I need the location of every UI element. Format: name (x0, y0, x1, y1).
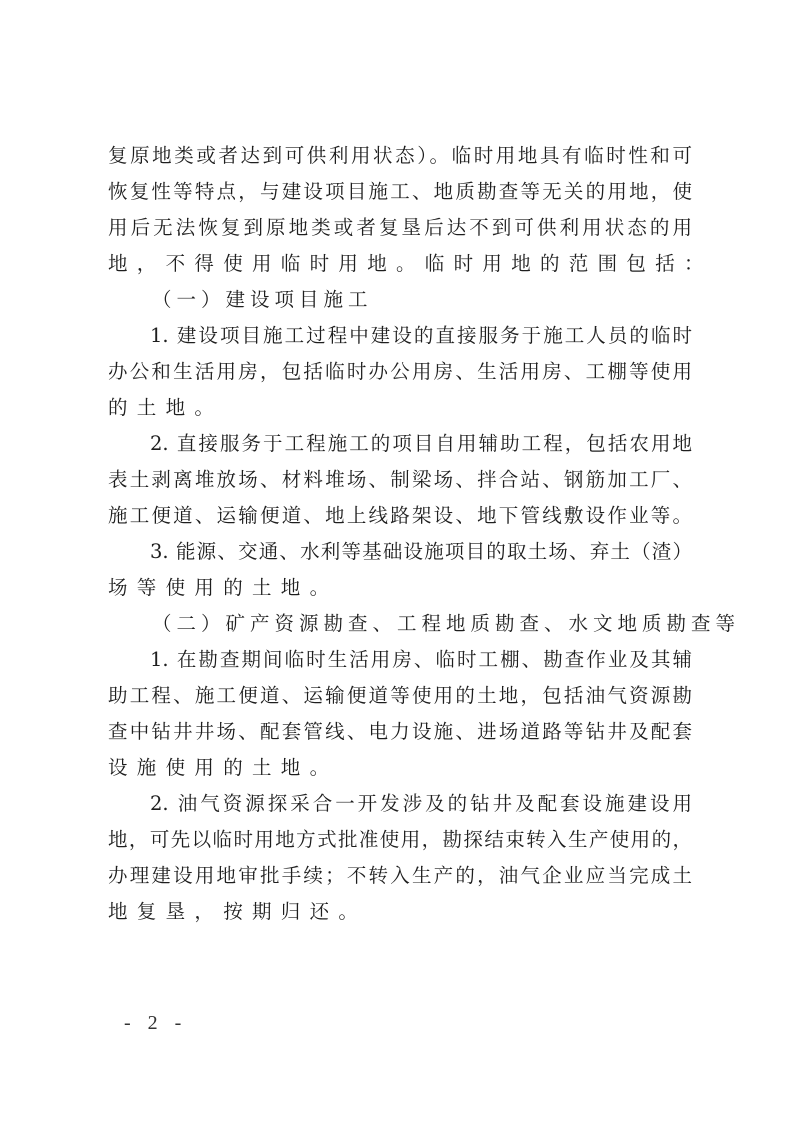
paragraph-line: 地，可先以临时用地方式批准使用，勘探结束转入生产使用的， (108, 822, 692, 858)
paragraph-line: 场等使用的土地。 (108, 570, 692, 606)
paragraph-line: 地复垦，按期归还。 (108, 894, 692, 930)
list-item-line: 1. 建设项目施工过程中建设的直接服务于施工人员的临时 (150, 318, 692, 354)
paragraph-line: 表土剥离堆放场、材料堆场、制梁场、拌合站、钢筋加工厂、 (108, 462, 692, 498)
list-item-line: 3. 能源、交通、水利等基础设施项目的取土场、弃土（渣） (150, 534, 692, 570)
paragraph-line: 复原地类或者达到可供利用状态）。临时用地具有临时性和可 (108, 138, 692, 174)
paragraph-line: 地，不得使用临时用地。临时用地的范围包括： (108, 246, 692, 282)
list-item-line: 2. 直接服务于工程施工的项目自用辅助工程，包括农用地 (150, 426, 692, 462)
paragraph-line: 设施使用的土地。 (108, 750, 692, 786)
paragraph-line: 办公和生活用房，包括临时办公用房、生活用房、工棚等使用 (108, 354, 692, 390)
page-number: - 2 - (124, 1012, 187, 1035)
list-item-line: 1. 在勘查期间临时生活用房、临时工棚、勘查作业及其辅 (150, 642, 692, 678)
section-heading-1: （一）建设项目施工 (152, 282, 692, 318)
list-item-line: 2. 油气资源探采合一开发涉及的钻井及配套设施建设用 (150, 786, 692, 822)
document-page: 复原地类或者达到可供利用状态）。临时用地具有临时性和可 恢复性等特点，与建设项目… (0, 0, 800, 1132)
paragraph-line: 恢复性等特点，与建设项目施工、地质勘查等无关的用地，使 (108, 174, 692, 210)
paragraph-line: 施工便道、运输便道、地上线路架设、地下管线敷设作业等。 (108, 498, 692, 534)
paragraph-line: 用后无法恢复到原地类或者复垦后达不到可供利用状态的用 (108, 210, 692, 246)
section-heading-2: （二）矿产资源勘查、工程地质勘查、水文地质勘查等 (152, 606, 692, 642)
paragraph-line: 的土地。 (108, 390, 692, 426)
paragraph-line: 办理建设用地审批手续；不转入生产的，油气企业应当完成土 (108, 858, 692, 894)
paragraph-line: 助工程、施工便道、运输便道等使用的土地，包括油气资源勘 (108, 678, 692, 714)
paragraph-line: 查中钻井井场、配套管线、电力设施、进场道路等钻井及配套 (108, 714, 692, 750)
